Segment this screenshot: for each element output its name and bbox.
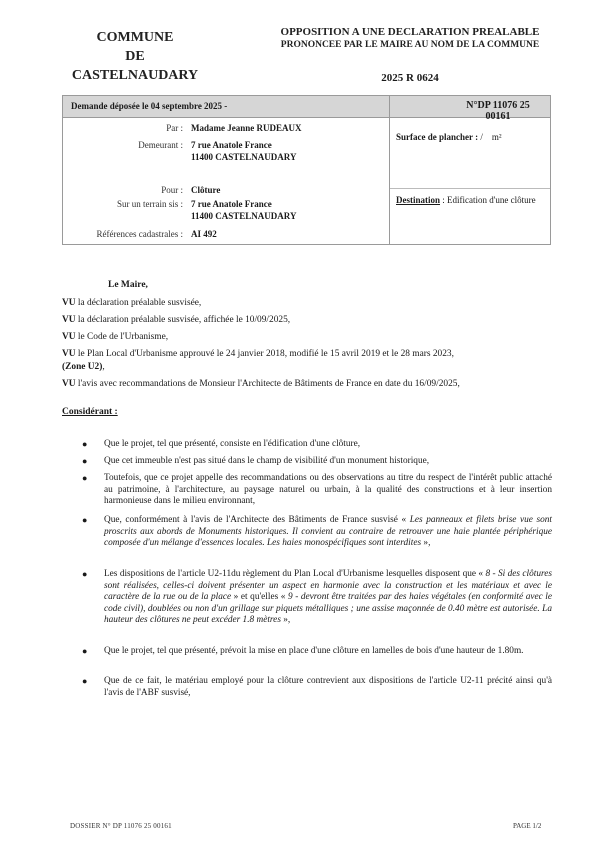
value-terrain-line2: 11400 CASTELNAUDARY	[191, 211, 296, 222]
text-mid: » et qu'elles «	[231, 592, 288, 602]
label-par: Par :	[63, 123, 183, 133]
column-divider	[389, 96, 390, 244]
value-cadastral: AI 492	[191, 229, 217, 240]
vu-prefix: VU	[62, 332, 76, 342]
bullet-icon: ●	[82, 439, 87, 451]
vu-item: VU l'avis avec recommandations de Monsie…	[62, 378, 552, 391]
vu-text: le Code de l'Urbanisme,	[76, 332, 169, 342]
text-end: »,	[421, 538, 430, 548]
value-purpose: Clôture	[191, 185, 220, 196]
commune-name: COMMUNE DE CASTELNAUDARY	[60, 28, 210, 85]
vu-text: le Plan Local d'Urbanisme approuvé le 24…	[76, 349, 454, 359]
vu-item: VU la déclaration préalable susvisée, af…	[62, 314, 552, 327]
considerant-text: Que, conformément à l'avis de l'Architec…	[104, 515, 552, 550]
bullet-icon: ●	[82, 515, 87, 527]
value-terrain-line1: 7 rue Anatole France	[191, 199, 272, 210]
vu-text: la déclaration préalable susvisée,	[76, 298, 202, 308]
footer-page-number: PAGE 1/2	[513, 822, 541, 830]
bullet-icon: ●	[82, 473, 87, 485]
value-applicant: Madame Jeanne RUDEAUX	[191, 123, 302, 134]
vu-item: VU la déclaration préalable susvisée,	[62, 297, 552, 310]
destination-field: Destination : Edification d'une clôture	[396, 195, 541, 206]
vu-text: l'avis avec recommandations de Monsieur …	[76, 379, 460, 389]
surface-field: Surface de plancher : / m²	[396, 132, 502, 143]
label-pour: Pour :	[63, 185, 183, 195]
vu-zone-end: ,	[102, 362, 104, 372]
dossier-number: N°DP 11076 25 00161	[453, 100, 543, 122]
label-cadastral: Références cadastrales :	[63, 229, 183, 239]
footer-dossier-number: DOSSIER N° DP 11076 25 00161	[70, 822, 172, 830]
destination-label: Destination	[396, 195, 440, 205]
bullet-icon: ●	[82, 676, 87, 688]
label-demeurant: Demeurant :	[63, 140, 183, 150]
surface-value: /	[480, 132, 483, 142]
considerant-text: Que cet immeuble n'est pas situé dans le…	[104, 456, 552, 468]
commune-line3: CASTELNAUDARY	[60, 66, 210, 85]
vu-prefix: VU	[62, 315, 76, 325]
vu-item: VU le Plan Local d'Urbanisme approuvé le…	[62, 348, 552, 374]
request-info-table: Demande déposée le 04 septembre 2025 - N…	[62, 95, 551, 245]
considerant-text: Que le projet, tel que présenté, prévoit…	[104, 646, 552, 658]
commune-line1: COMMUNE	[60, 28, 210, 47]
value-address-line2: 11400 CASTELNAUDARY	[191, 152, 296, 163]
vu-zone: (Zone U2)	[62, 362, 102, 372]
vu-text: la déclaration préalable susvisée, affic…	[76, 315, 291, 325]
bullet-icon: ●	[82, 569, 87, 581]
title-line1: OPPOSITION A UNE DECLARATION PREALABLE	[240, 26, 580, 39]
text-start: Que, conformément à l'avis de l'Architec…	[104, 515, 410, 525]
commune-line2: DE	[60, 47, 210, 66]
considerant-text: Les dispositions de l'article U2-11du rè…	[104, 569, 552, 627]
label-terrain: Sur un terrain sis :	[63, 199, 183, 209]
vu-item: VU le Code de l'Urbanisme,	[62, 331, 552, 344]
vu-prefix: VU	[62, 379, 76, 389]
document-title: OPPOSITION A UNE DECLARATION PREALABLE P…	[240, 26, 580, 51]
row-divider	[390, 188, 550, 189]
considerant-heading: Considérant :	[62, 407, 118, 417]
le-maire-heading: Le Maire,	[108, 280, 148, 290]
surface-label: Surface de plancher :	[396, 132, 478, 142]
vu-prefix: VU	[62, 298, 76, 308]
text-start: Les dispositions de l'article U2-11du rè…	[104, 569, 485, 579]
table-header-row: Demande déposée le 04 septembre 2025 - N…	[63, 96, 550, 118]
bullet-icon: ●	[82, 646, 87, 658]
considerant-text: Que de ce fait, le matériau employé pour…	[104, 676, 552, 699]
title-line2: PRONONCEE PAR LE MAIRE AU NOM DE LA COMM…	[240, 39, 580, 51]
bullet-icon: ●	[82, 456, 87, 468]
surface-unit: m²	[492, 132, 502, 142]
arrete-number: 2025 R 0624	[240, 72, 580, 84]
value-address-line1: 7 rue Anatole France	[191, 140, 272, 151]
request-date: Demande déposée le 04 septembre 2025 -	[71, 101, 227, 111]
destination-value: : Edification d'une clôture	[440, 195, 536, 205]
text-end: »,	[281, 615, 290, 625]
considerant-text: Toutefois, que ce projet appelle des rec…	[104, 473, 552, 508]
considerant-text: Que le projet, tel que présenté, consist…	[104, 439, 552, 451]
vu-prefix: VU	[62, 349, 76, 359]
